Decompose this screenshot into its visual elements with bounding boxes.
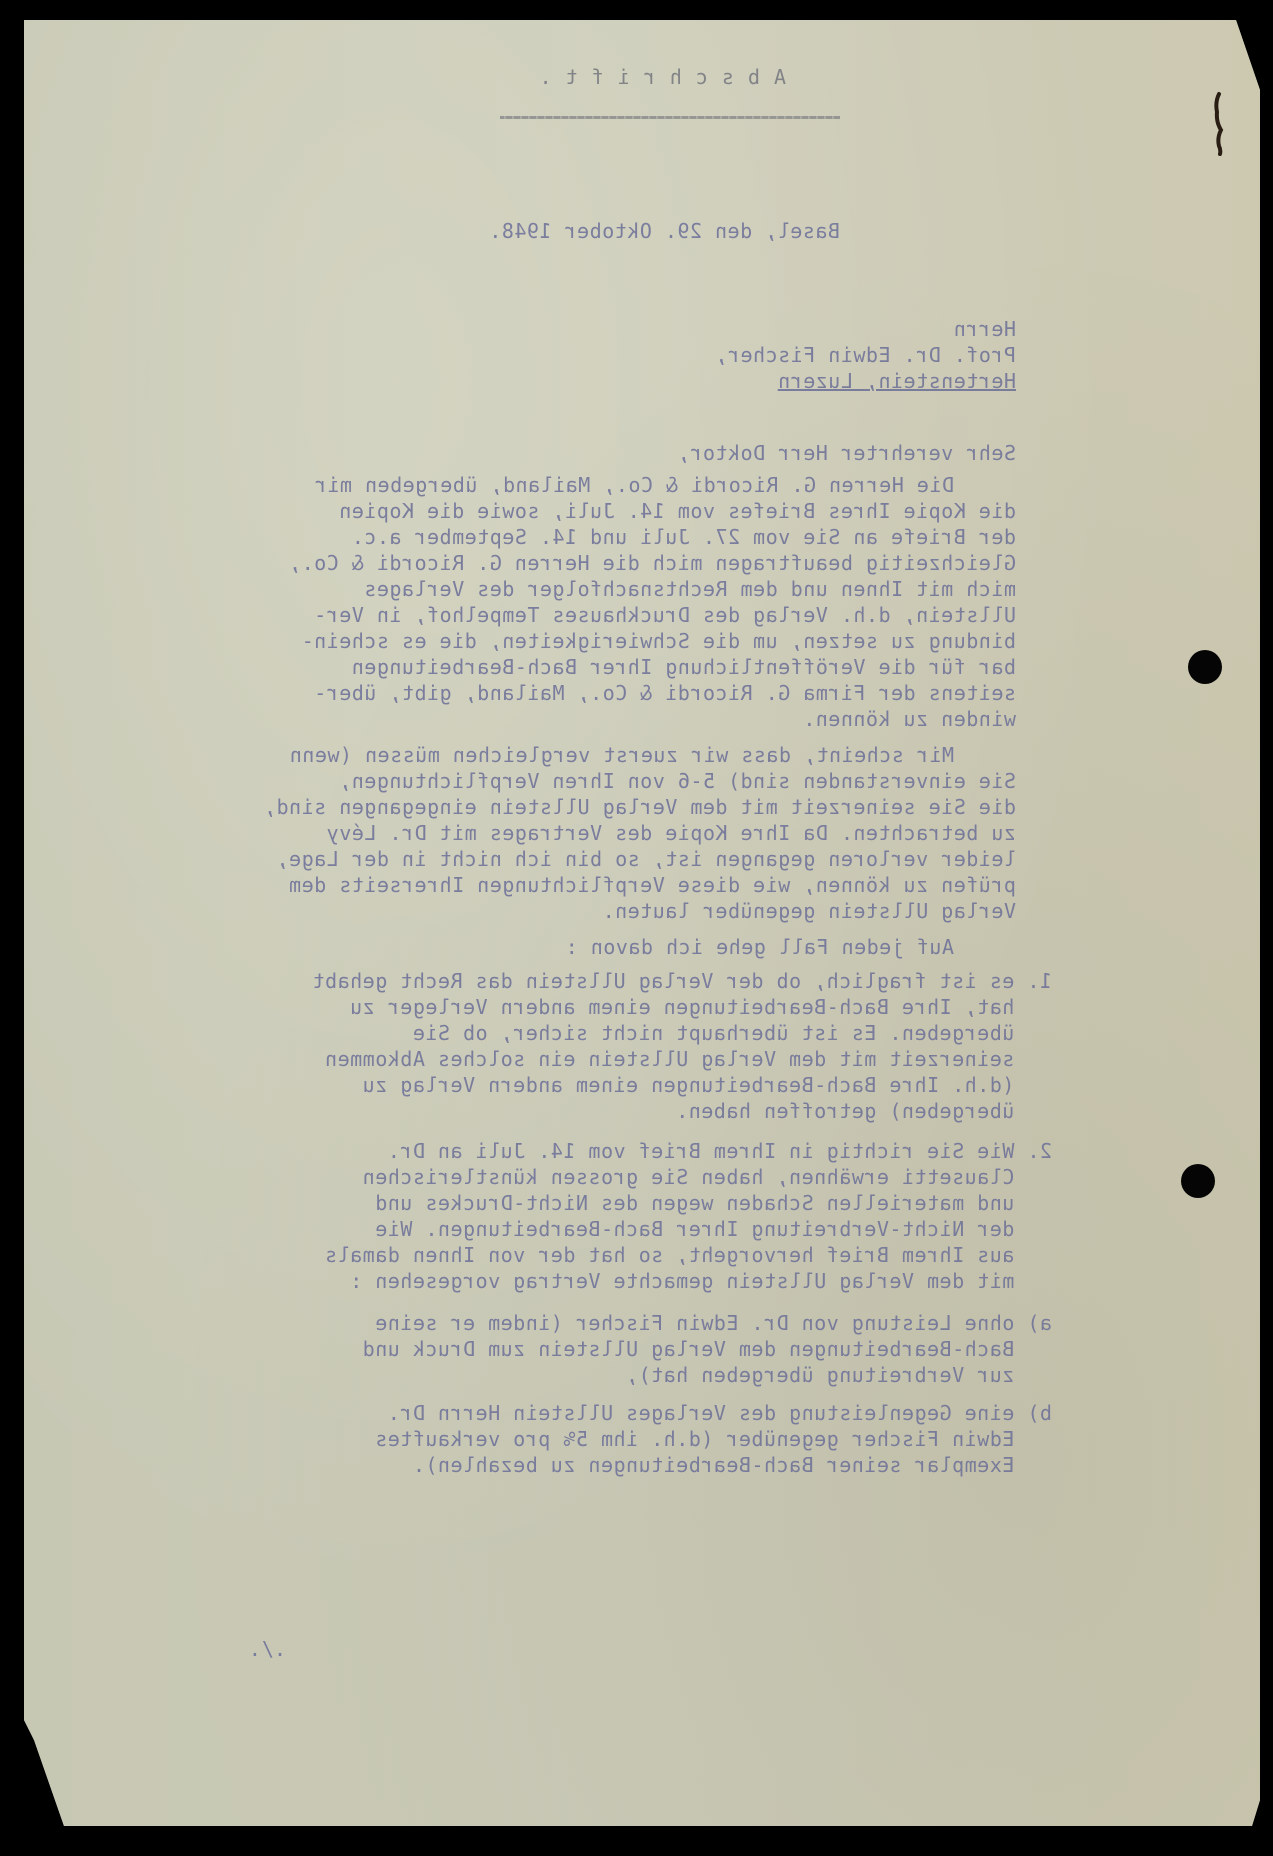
para1-line: seitens der Firma G. Ricordi & Co., Mail…	[314, 680, 1016, 706]
salutation: Sehr verehrter Herr Doktor,	[677, 440, 1016, 466]
item2-line: mit dem Verlag Ullstein gemachte Vertrag…	[350, 1268, 1052, 1294]
address-line-1: Herrn	[953, 316, 1016, 342]
item-b-line: Edwin Fischer gegenüber (d.h. ihm 5% pro…	[375, 1426, 1052, 1452]
address-line-3: Hertenstein, Luzern	[778, 368, 1016, 394]
para1-line: winden zu können.	[803, 706, 1016, 732]
date-line: Basel, den 29. Oktober 1948.	[489, 218, 840, 244]
item-b-line: b) eine Gegenleistung des Verlages Ullst…	[387, 1400, 1052, 1426]
item1-line: (d.h. Ihre Bach-Bearbeitungen einem ande…	[362, 1072, 1052, 1098]
scanned-page: Abschrift. Basel, den 29. Oktober 1948. …	[0, 0, 1273, 1856]
handwritten-page-mark	[1209, 90, 1229, 160]
para2-line: leider verloren gegangen ist, so bin ich…	[276, 846, 1016, 872]
para3: Auf jeden Fall gehe ich davon :	[565, 934, 954, 960]
item1-line: 1. es ist fraglich, ob der Verlag Ullste…	[312, 968, 1052, 994]
item2-line: und materiellen Schaden wegen des Nicht-…	[375, 1190, 1052, 1216]
para2-line: die Sie seinerzeit mit dem Verlag Ullste…	[264, 794, 1016, 820]
heading-rule	[500, 116, 840, 119]
punch-hole-lower	[1181, 1164, 1215, 1198]
heading: Abschrift.	[526, 64, 786, 90]
punch-hole-upper	[1188, 650, 1222, 684]
item2-line: 2. Wie Sie richtig in Ihrem Brief vom 14…	[387, 1138, 1052, 1164]
address-line-2: Prof. Dr. Edwin Fischer,	[715, 342, 1016, 368]
item1-line: übergeben. Es ist überhaupt nicht sicher…	[412, 1020, 1052, 1046]
para2-line: Sie einverstanden sind) 5-6 von Ihren Ve…	[339, 768, 1016, 794]
para1-line: die Kopie Ihres Briefes vom 14. Juli, so…	[339, 498, 1016, 524]
item1-line: seinerzeit mit dem Verlag Ullstein ein s…	[325, 1046, 1052, 1072]
para1-line: bar für die Veröffentlichung Ihrer Bach-…	[351, 654, 1016, 680]
paper-sheet: Abschrift. Basel, den 29. Oktober 1948. …	[24, 20, 1260, 1826]
para2-line: Verlag Ullstein gegenüber lauten.	[602, 898, 1016, 924]
para2-line: zu betrachten. Da Ihre Kopie des Vertrag…	[326, 820, 1016, 846]
para1-line: Gleichzeitig beauftragen mich die Herren…	[289, 550, 1016, 576]
item1-line: hat, Ihre Bach-Bearbeitungen einem ander…	[350, 994, 1052, 1020]
item-a-line: Bach-Bearbeitungen dem Verlag Ullstein z…	[362, 1336, 1052, 1362]
item2-line: aus Ihrem Brief hervorgeht, so hat der v…	[325, 1242, 1052, 1268]
para1-line: mich mit Ihnen und dem Rechtsnachfolger …	[364, 576, 1016, 602]
item1-line: übergeben) getroffen haben.	[676, 1098, 1052, 1124]
item-b-line: Exemplar seiner Bach-Bearbeitungen zu be…	[412, 1452, 1052, 1478]
para1-line: der Briefe an Sie vom 27. Juli und 14. S…	[351, 524, 1016, 550]
item-a-line: a) ohne Leistung von Dr. Edwin Fischer (…	[375, 1310, 1052, 1336]
para1-line: bindung zu setzen, um die Schwierigkeite…	[301, 628, 1016, 654]
para1-line: Die Herren G. Ricordi & Co., Mailand, üb…	[314, 472, 954, 498]
para1-line: Ullstein, d.h. Verlag des Druckhauses Te…	[314, 602, 1016, 628]
item2-line: der Nicht-Verbreitung Ihrer Bach-Bearbei…	[375, 1216, 1052, 1242]
item2-line: Clausetti erwähnen, haben Sie grossen kü…	[362, 1164, 1052, 1190]
continuation-mark: ./.	[248, 1636, 286, 1662]
para2-line: prüfen zu können, wie diese Verpflichtun…	[289, 872, 1016, 898]
para2-line: Mir scheint, dass wir zuerst vergleichen…	[289, 742, 954, 768]
mirrored-typewritten-text: Abschrift. Basel, den 29. Oktober 1948. …	[24, 20, 1260, 1826]
item-a-line: zur Verbreitung übergeben hat),	[626, 1362, 1052, 1388]
